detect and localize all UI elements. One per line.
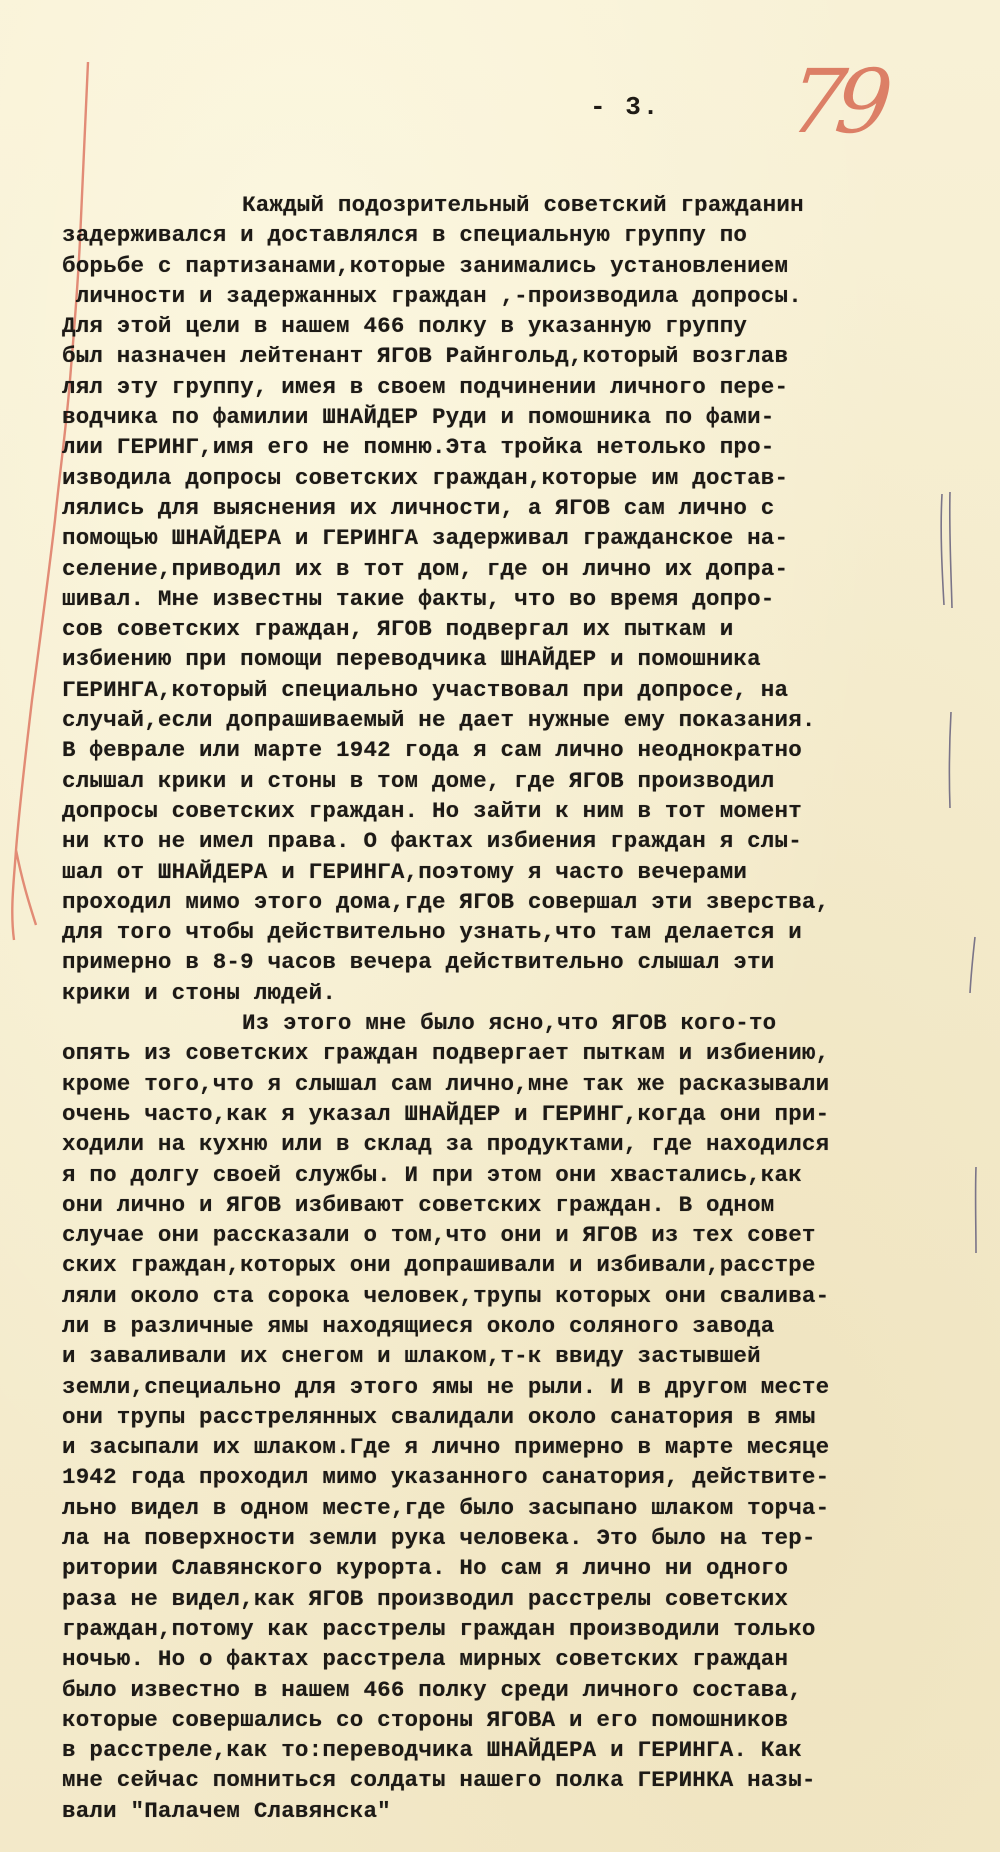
text-line: земли,специально для этого ямы не рыли. … (62, 1372, 962, 1402)
text-line: было известно в нашем 466 полку среди ли… (62, 1675, 962, 1705)
text-line: избиению при помощи переводчика ШНАЙДЕР … (62, 644, 962, 674)
text-line: случай,если допрашиваемый не дает нужные… (62, 705, 962, 735)
text-line: шал от ШНАЙДЕРА и ГЕРИНГА,поэтому я част… (62, 857, 962, 887)
document-page: - 3. 79 Каждый подозрительный советский … (0, 0, 1000, 1852)
text-line: ли в различные ямы находящиеся около сол… (62, 1311, 962, 1341)
text-line: проходил мимо этого дома,где ЯГОВ соверш… (62, 887, 962, 917)
text-line: лии ГЕРИНГ,имя его не помню.Эта тройка н… (62, 432, 962, 462)
text-line: Из этого мне было ясно,что ЯГОВ кого-то (62, 1008, 962, 1038)
text-line: мне сейчас помниться солдаты нашего полк… (62, 1765, 962, 1795)
text-line: и засыпали их шлаком.Где я лично примерн… (62, 1432, 962, 1462)
text-line: В феврале или марте 1942 года я сам личн… (62, 735, 962, 765)
text-line: опять из советских граждан подвергает пы… (62, 1038, 962, 1068)
text-line: сов советских граждан, ЯГОВ подвергал их… (62, 614, 962, 644)
text-line: лял эту группу, имея в своем подчинении … (62, 372, 962, 402)
text-line: был назначен лейтенант ЯГОВ Райнгольд,ко… (62, 341, 962, 371)
text-line: которые совершались со стороны ЯГОВА и е… (62, 1705, 962, 1735)
text-line: в расстреле,как то:переводчика ШНАЙДЕРА … (62, 1735, 962, 1765)
text-line: Каждый подозрительный советский граждани… (62, 190, 962, 220)
text-line: я по долгу своей службы. И при этом они … (62, 1160, 962, 1190)
text-line: ских граждан,которых они допрашивали и и… (62, 1250, 962, 1280)
text-line: ляли около ста сорока человек,трупы кото… (62, 1281, 962, 1311)
text-line: помощью ШНАЙДЕРА и ГЕРИНГА задерживал гр… (62, 523, 962, 553)
text-line: ритории Славянского курорта. Но сам я ли… (62, 1553, 962, 1583)
text-line: льно видел в одном месте,где было засыпа… (62, 1493, 962, 1523)
text-line: изводила допросы советских граждан,котор… (62, 463, 962, 493)
text-line: ходили на кухню или в склад за продуктам… (62, 1129, 962, 1159)
pencil-margin-mark-4 (968, 1165, 984, 1255)
text-line: лялись для выяснения их личности, а ЯГОВ… (62, 493, 962, 523)
text-line: кроме того,что я слышал сам лично,мне та… (62, 1069, 962, 1099)
text-line: крики и стоны людей. (62, 978, 962, 1008)
text-line: слышал крики и стоны в том доме, где ЯГО… (62, 766, 962, 796)
pencil-margin-mark-3 (965, 935, 981, 995)
text-line: допросы советских граждан. Но зайти к ни… (62, 796, 962, 826)
text-line: личности и задержанных граждан ,-произво… (62, 281, 962, 311)
text-line: они трупы расстрелянных свалидали около … (62, 1402, 962, 1432)
text-line: задерживался и доставлялся в специальную… (62, 220, 962, 250)
text-line: водчика по фамилии ШНАЙДЕР Руди и помошн… (62, 402, 962, 432)
text-line: борьбе с партизанами,которые занимались … (62, 251, 962, 281)
text-line: вали "Палачем Славянска" (62, 1796, 962, 1826)
text-line: селение,приводил их в тот дом, где он ли… (62, 554, 962, 584)
text-line: ночью. Но о фактах расстрела мирных сове… (62, 1644, 962, 1674)
text-line: для того чтобы действительно узнать,что … (62, 917, 962, 947)
text-line: примерно в 8-9 часов вечера действительн… (62, 947, 962, 977)
text-line: ла на поверхности земли рука человека. Э… (62, 1523, 962, 1553)
text-line: раза не видел,как ЯГОВ производил расстр… (62, 1584, 962, 1614)
page-number: - 3. (590, 92, 660, 122)
typewritten-testimony: Каждый подозрительный советский граждани… (62, 190, 962, 1826)
text-line: 1942 года проходил мимо указанного санат… (62, 1462, 962, 1492)
text-line: шивал. Мне известны такие факты, что во … (62, 584, 962, 614)
text-line: ГЕРИНГА,который специально участвовал пр… (62, 675, 962, 705)
text-line: они лично и ЯГОВ избивают советских граж… (62, 1190, 962, 1220)
text-line: очень часто,как я указал ШНАЙДЕР и ГЕРИН… (62, 1099, 962, 1129)
text-line: ни кто не имел права. О фактах избиения … (62, 826, 962, 856)
handwritten-folio-number: 79 (785, 50, 888, 153)
text-line: и заваливали их снегом и шлаком,т-к ввид… (62, 1341, 962, 1371)
text-line: Для этой цели в нашем 466 полку в указан… (62, 311, 962, 341)
text-line: граждан,потому как расстрелы граждан про… (62, 1614, 962, 1644)
text-line: случае они рассказали о том,что они и ЯГ… (62, 1220, 962, 1250)
